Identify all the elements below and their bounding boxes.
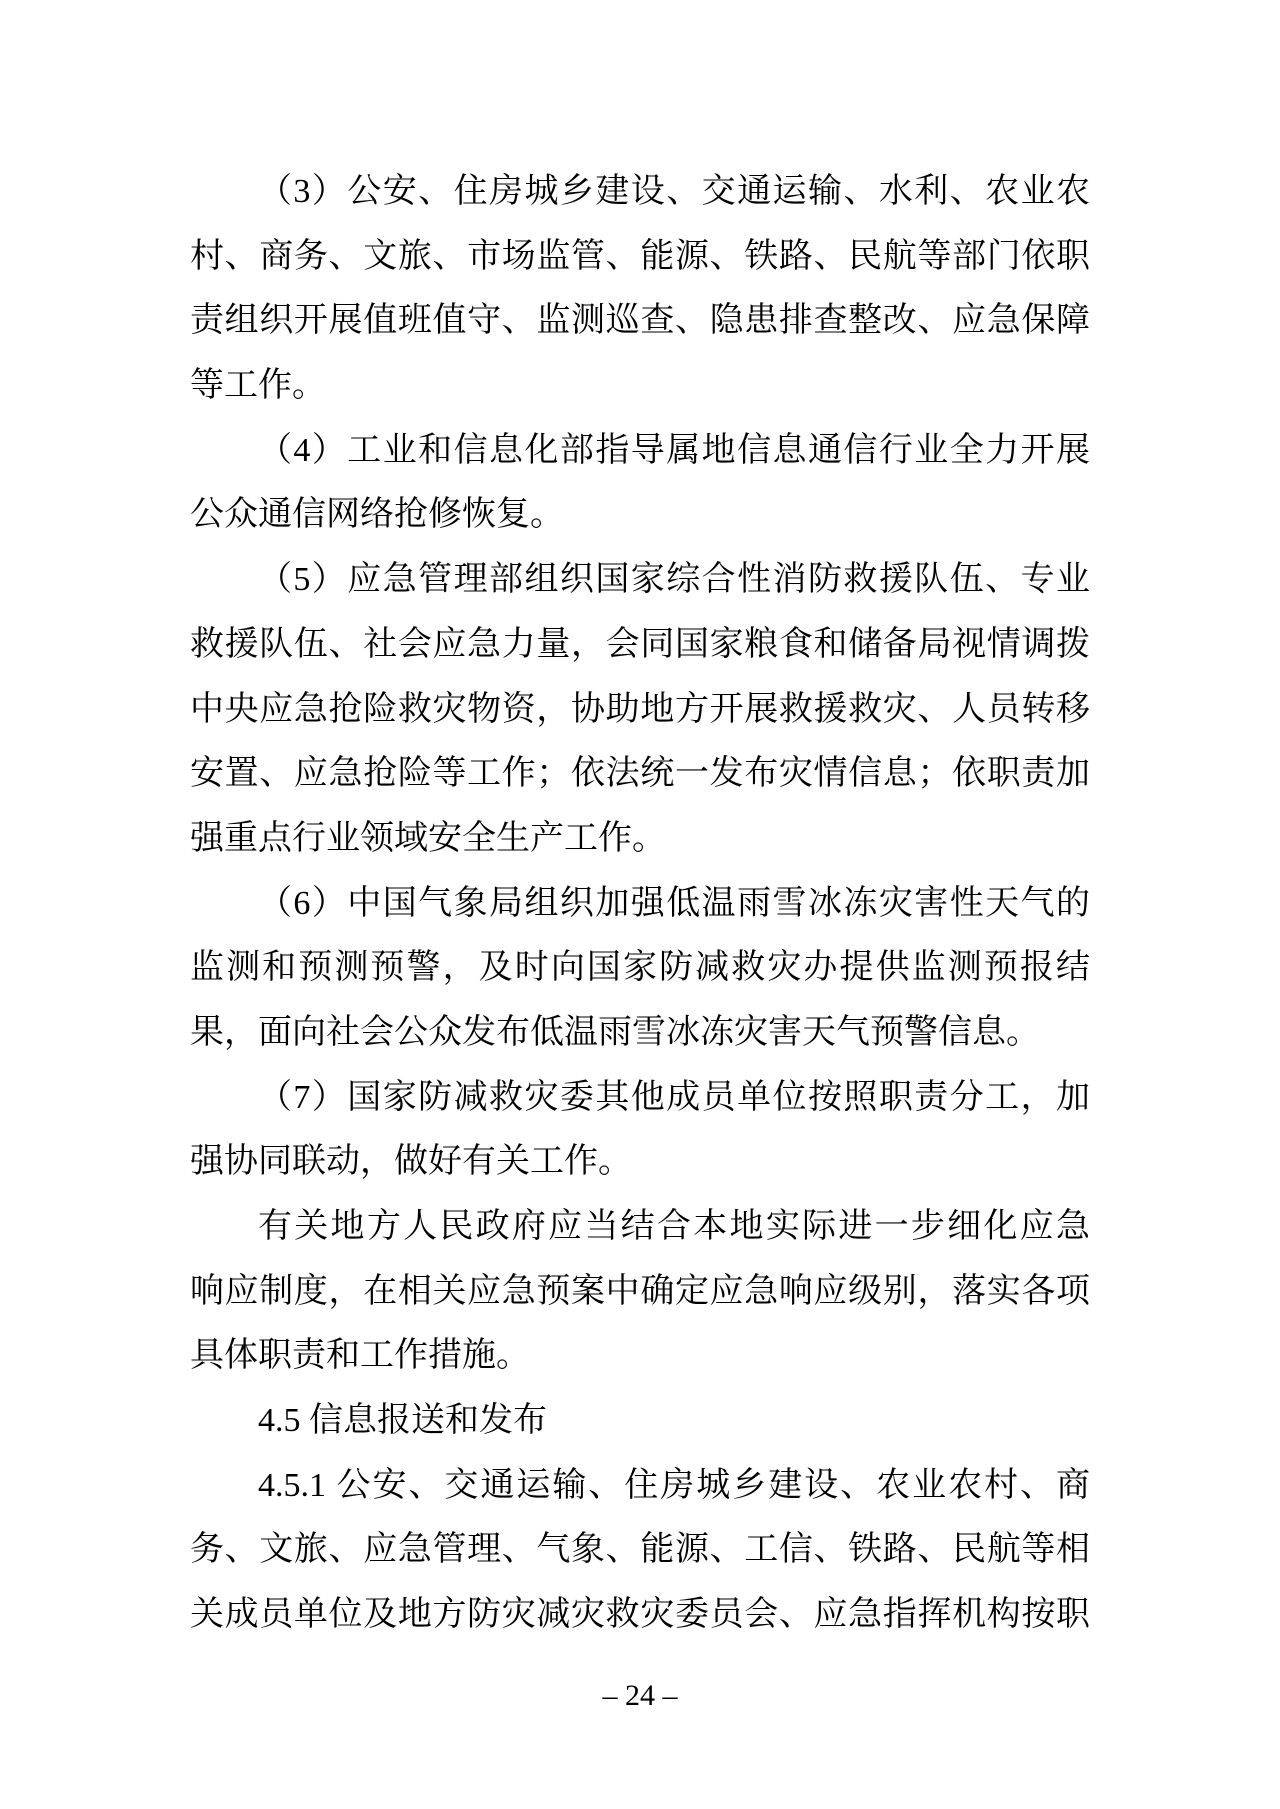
- text-line: （7）国家防减救灾委其他成员单位按照职责分工，加: [190, 1066, 1090, 1131]
- text-line: （4）工业和信息化部指导属地信息通信行业全力开展: [190, 419, 1090, 484]
- text-line: 4.5.1 公安、交通运输、住房城乡建设、农业农村、商: [190, 1454, 1090, 1519]
- paragraph-item-3: （3）公安、住房城乡建设、交通运输、水利、农业农 村、商务、文旅、市场监管、能源…: [190, 160, 1090, 419]
- text-line: 监测和预测预警，及时向国家防减救灾办提供监测预报结: [190, 936, 1090, 1001]
- paragraph-item-7: （7）国家防减救灾委其他成员单位按照职责分工，加 强协同联动，做好有关工作。: [190, 1066, 1090, 1195]
- text-line: 响应制度，在相关应急预案中确定应急响应级别，落实各项: [190, 1260, 1090, 1325]
- text-line: 村、商务、文旅、市场监管、能源、铁路、民航等部门依职: [190, 225, 1090, 290]
- text-line: 中央应急抢险救灾物资，协助地方开展救援救灾、人员转移: [190, 678, 1090, 743]
- text-line: （6）中国气象局组织加强低温雨雪冰冻灾害性天气的: [190, 872, 1090, 937]
- text-line: 关成员单位及地方防灾减灾救灾委员会、应急指挥机构按职: [190, 1583, 1090, 1648]
- document-page: （3）公安、住房城乡建设、交通运输、水利、农业农 村、商务、文旅、市场监管、能源…: [0, 0, 1280, 1809]
- text-line: 安置、应急抢险等工作；依法统一发布灾情信息；依职责加: [190, 742, 1090, 807]
- paragraph-item-5: （5）应急管理部组织国家综合性消防救援队伍、专业 救援队伍、社会应急力量，会同国…: [190, 548, 1090, 871]
- section-heading-text: 4.5 信息报送和发布: [190, 1389, 1090, 1454]
- paragraph-item-4: （4）工业和信息化部指导属地信息通信行业全力开展 公众通信网络抢修恢复。: [190, 419, 1090, 548]
- document-body: （3）公安、住房城乡建设、交通运输、水利、农业农 村、商务、文旅、市场监管、能源…: [190, 160, 1090, 1648]
- text-line: 等工作。: [190, 354, 1090, 419]
- text-line: 强协同联动，做好有关工作。: [190, 1130, 1090, 1195]
- text-line: 责组织开展值班值守、监测巡查、隐患排查整改、应急保障: [190, 289, 1090, 354]
- paragraph-local-gov: 有关地方人民政府应当结合本地实际进一步细化应急 响应制度，在相关应急预案中确定应…: [190, 1195, 1090, 1389]
- text-line: 果，面向社会公众发布低温雨雪冰冻灾害天气预警信息。: [190, 1001, 1090, 1066]
- text-line: （5）应急管理部组织国家综合性消防救援队伍、专业: [190, 548, 1090, 613]
- text-line: 救援队伍、社会应急力量，会同国家粮食和储备局视情调拨: [190, 613, 1090, 678]
- section-heading-4-5: 4.5 信息报送和发布: [190, 1389, 1090, 1454]
- text-line: 有关地方人民政府应当结合本地实际进一步细化应急: [190, 1195, 1090, 1260]
- text-line: （3）公安、住房城乡建设、交通运输、水利、农业农: [190, 160, 1090, 225]
- text-line: 务、文旅、应急管理、气象、能源、工信、铁路、民航等相: [190, 1518, 1090, 1583]
- text-line: 具体职责和工作措施。: [190, 1324, 1090, 1389]
- text-line: 强重点行业领域安全生产工作。: [190, 807, 1090, 872]
- text-line: 公众通信网络抢修恢复。: [190, 483, 1090, 548]
- page-number: – 24 –: [0, 1680, 1280, 1712]
- paragraph-item-6: （6）中国气象局组织加强低温雨雪冰冻灾害性天气的 监测和预测预警，及时向国家防减…: [190, 872, 1090, 1066]
- paragraph-item-4-5-1: 4.5.1 公安、交通运输、住房城乡建设、农业农村、商 务、文旅、应急管理、气象…: [190, 1454, 1090, 1648]
